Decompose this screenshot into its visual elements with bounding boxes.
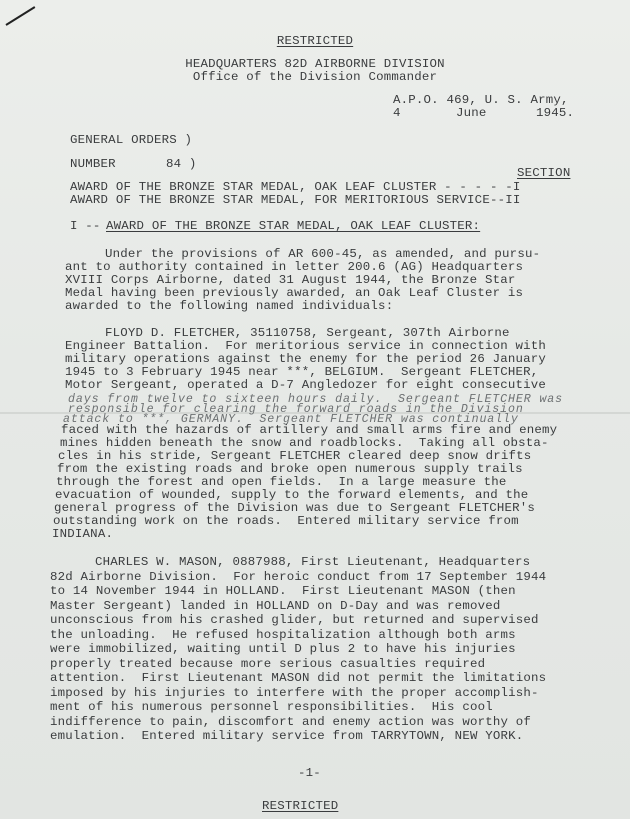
office-heading: Office of the Division Commander (0, 71, 630, 84)
toc-item-2: AWARD OF THE BRONZE STAR MEDAL, FOR MERI… (70, 194, 521, 207)
document-page: RESTRICTED HEADQUARTERS 82D AIRBORNE DIV… (0, 0, 630, 819)
citation-line: outstanding work on the roads. Entered m… (53, 515, 519, 528)
citation-line: were immobilized, waiting until D plus 2… (50, 643, 516, 656)
section-header: SECTION (517, 167, 570, 180)
citation-line: indifference to pain, discomfort and ene… (50, 716, 531, 729)
classification-top: RESTRICTED (0, 35, 630, 48)
date-day: 4 (393, 107, 401, 120)
citation-line: ment of his numerous personnel responsib… (50, 701, 493, 714)
citation-line: Master Sergeant) landed in HOLLAND on D-… (50, 600, 501, 613)
citation-line: the unloading. He refused hospitalizatio… (50, 629, 516, 642)
citation-line: to 14 November 1944 in HOLLAND. First Li… (50, 585, 516, 598)
date-month: June (456, 107, 487, 120)
citation-line: 82d Airborne Division. For heroic conduc… (50, 571, 546, 584)
pen-mark (5, 6, 35, 26)
section-title: AWARD OF THE BRONZE STAR MEDAL, OAK LEAF… (106, 220, 480, 233)
citation-line: INDIANA. (52, 528, 113, 541)
citation-line: Motor Sergeant, operated a D-7 Angledoze… (65, 379, 546, 392)
citation-line: unconscious from his crashed glider, but… (50, 614, 539, 627)
citation-line: CHARLES W. MASON, 0887988, First Lieuten… (95, 556, 530, 569)
classification-bottom: RESTRICTED (262, 800, 338, 813)
citation-line: imposed by his injuries to interfere wit… (50, 687, 539, 700)
citation-line: properly treated because more serious ca… (50, 658, 485, 671)
page-number: -1- (298, 767, 321, 780)
general-orders-label: GENERAL ORDERS ) (70, 134, 192, 147)
order-number: 84 ) (166, 158, 197, 171)
section-numeral: I -- (70, 220, 101, 233)
citation-line: attention. First Lieutenant MASON did no… (50, 672, 546, 685)
intro-line: awarded to the following named individua… (65, 300, 393, 313)
citation-line: emulation. Entered military service from… (50, 730, 523, 743)
date-year: 1945. (536, 107, 574, 120)
number-label: NUMBER (70, 158, 116, 171)
